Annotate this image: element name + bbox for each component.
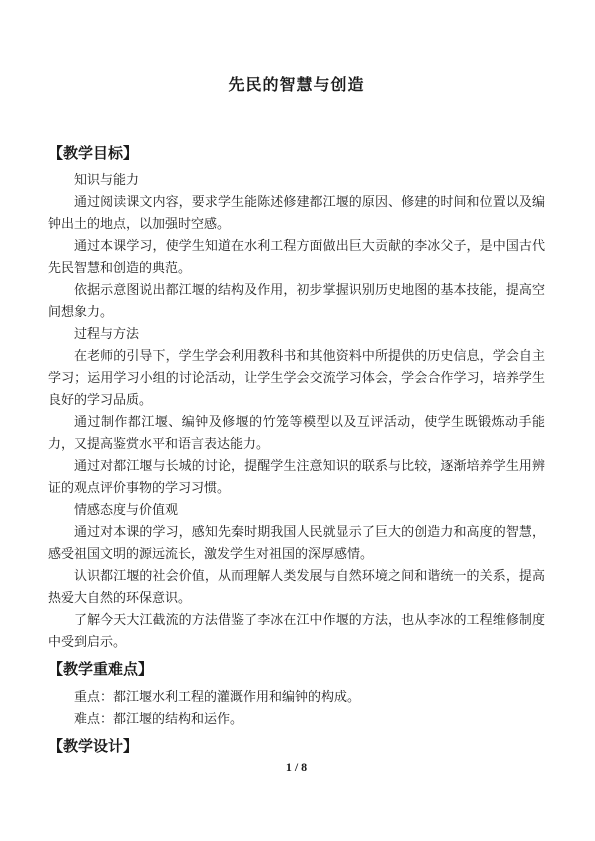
- document-title: 先民的智慧与创造: [48, 77, 545, 94]
- paragraph-process-method-label: 过程与方法: [48, 323, 545, 345]
- section-heading-key-difficult-points: 【教学重难点】: [48, 660, 545, 680]
- section-heading-teaching-goals: 【教学目标】: [48, 144, 545, 164]
- paragraph-diagram-structure: 依据示意图说出都江堰的结构及作用，初步掌握识别历史地图的基本技能，提高空间想象力…: [48, 279, 545, 323]
- paragraph-difficult-point: 难点：都江堰的结构和运作。: [48, 708, 545, 730]
- paragraph-knowledge-ability-label: 知识与能力: [48, 169, 545, 191]
- paragraph-teacher-guidance: 在老师的引导下，学生学会利用教科书和其他资料中所提供的历史信息，学会自主学习；运…: [48, 345, 545, 411]
- paragraph-reading-text: 通过阅读课文内容，要求学生能陈述修建都江堰的原因、修建的时间和位置以及编钟出土的…: [48, 191, 545, 235]
- paragraph-social-value: 认识都江堰的社会价值，从而理解人类发展与自然环境之间和谐统一的关系，提高热爱大自…: [48, 565, 545, 609]
- paragraph-river-closure-inspiration: 了解今天大江截流的方法借鉴了李冰在江中作堰的方法，也从李冰的工程维修制度中受到启…: [48, 609, 545, 653]
- paragraph-key-point: 重点：都江堰水利工程的灌溉作用和编钟的构成。: [48, 686, 545, 708]
- section-body-key-difficult-points: 重点：都江堰水利工程的灌溉作用和编钟的构成。 难点：都江堰的结构和运作。: [48, 686, 545, 730]
- paragraph-dujiangyan-greatwall-discussion: 通过对都江堰与长城的讨论，提醒学生注意知识的联系与比较，逐渐培养学生用辨证的观点…: [48, 455, 545, 499]
- document-page: 先民的智慧与创造 【教学目标】 知识与能力 通过阅读课文内容，要求学生能陈述修建…: [0, 0, 595, 841]
- section-heading-teaching-design: 【教学设计】: [48, 737, 545, 757]
- page-number-footer: 1 / 8: [48, 760, 545, 775]
- paragraph-model-making: 通过制作都江堰、编钟及修堰的竹笼等模型以及互评活动，使学生既锻炼动手能力，又提高…: [48, 411, 545, 455]
- section-body-teaching-goals: 知识与能力 通过阅读课文内容，要求学生能陈述修建都江堰的原因、修建的时间和位置以…: [48, 169, 545, 653]
- paragraph-pre-qin-wisdom: 通过对本课的学习，感知先秦时期我国人民就显示了巨大的创造力和高度的智慧，感受祖国…: [48, 521, 545, 565]
- paragraph-emotion-values-label: 情感态度与价值观: [48, 499, 545, 521]
- paragraph-libing-contribution: 通过本课学习，使学生知道在水利工程方面做出巨大贡献的李冰父子，是中国古代先民智慧…: [48, 235, 545, 279]
